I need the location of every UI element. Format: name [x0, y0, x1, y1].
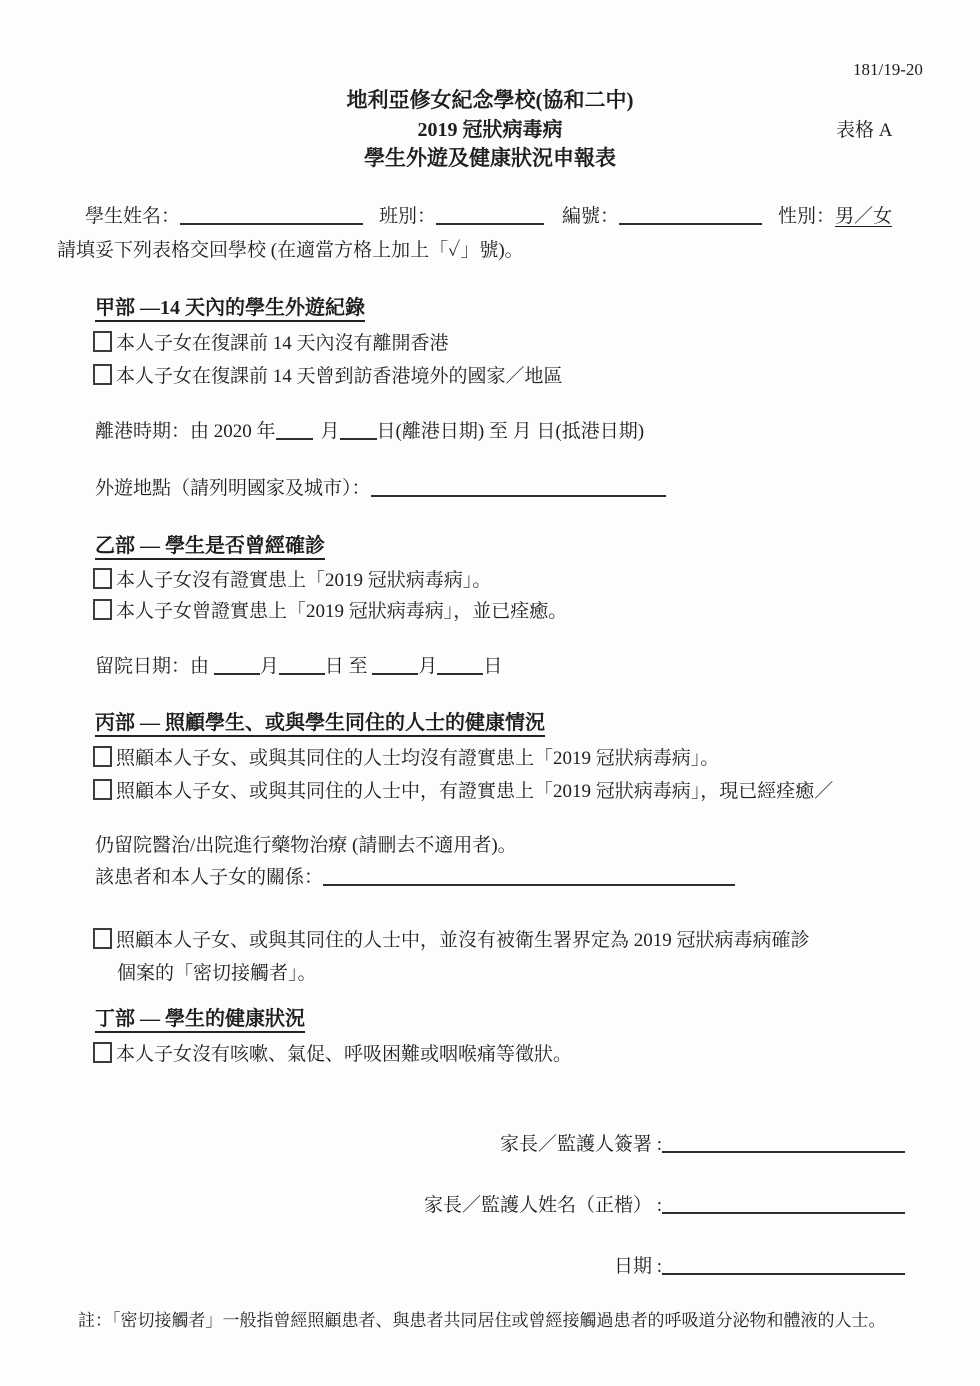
option-c1-label: 照顧本人子女、或與其同住的人士均沒有證實患上「2019 冠狀病毒病」。	[116, 748, 719, 769]
destination-label: 外遊地點（請列明國家及城市）：	[95, 478, 371, 499]
option-c1-row: 照顧本人子女、或與其同住的人士均沒有證實患上「2019 冠狀病毒病」。	[93, 746, 719, 771]
student-class-blank[interactable]	[436, 206, 544, 225]
student-gender-label: 性別：	[778, 206, 835, 227]
student-number-blank[interactable]	[619, 206, 762, 225]
form-page: 181/19-20 地利亞修女紀念學校(協和二中) 2019 冠狀病毒病 表格 …	[0, 0, 980, 1386]
option-c3-row: 照顧本人子女、或與其同住的人士中，並沒有被衛生署界定為 2019 冠狀病毒病確診…	[93, 924, 810, 990]
guardian-name-row: 家長／監護人姓名（正楷） :	[424, 1194, 905, 1218]
option-c3-line1: 照顧本人子女、或與其同住的人士中，並沒有被衛生署界定為 2019 冠狀病毒病確診	[93, 924, 810, 957]
departure-day-blank[interactable]	[340, 421, 377, 440]
form-title-virus: 2019 冠狀病毒病	[0, 118, 980, 142]
date-row: 日期 :	[614, 1255, 905, 1279]
departure-prefix: 離港時期：由 2020 年	[95, 421, 276, 442]
option-a1-label: 本人子女在復課前 14 天內沒有離開香港	[116, 333, 449, 354]
option-c2-row: 照顧本人子女、或與其同住的人士中，有證實患上「2019 冠狀病毒病」，現已經痊癒…	[93, 779, 833, 804]
guardian-name-blank[interactable]	[662, 1195, 905, 1214]
destination-blank[interactable]	[371, 478, 666, 497]
section-b-heading-text: 乙部 — 學生是否曾經確診	[95, 535, 325, 560]
option-a2-label: 本人子女在復課前 14 天曾到訪香港境外的國家／地區	[116, 366, 563, 387]
guardian-name-label: 家長／監護人姓名（正楷） :	[424, 1195, 662, 1216]
date-blank[interactable]	[662, 1256, 905, 1275]
option-c2-label: 照顧本人子女、或與其同住的人士中，有證實患上「2019 冠狀病毒病」，現已經痊癒…	[116, 781, 833, 802]
checkbox-no-symptoms[interactable]	[93, 1042, 112, 1063]
footnote-text: 註：「密切接觸者」一般指曾經照顧患者、與患者共同居住或曾經接觸過患者的呼吸道分泌…	[78, 1309, 886, 1333]
option-b2-label: 本人子女曾證實患上「2019 冠狀病毒病」，並已痊癒。	[116, 601, 567, 622]
option-a2-row: 本人子女在復課前 14 天曾到訪香港境外的國家／地區	[93, 364, 563, 389]
hospital-day2-label: 日	[483, 656, 502, 677]
relation-blank[interactable]	[323, 867, 735, 886]
section-c-heading-text: 丙部 — 照顧學生、或與學生同住的人士的健康情況	[95, 712, 545, 737]
option-c3-line2: 個案的「密切接觸者」。	[93, 957, 810, 990]
section-c-heading: 丙部 — 照顧學生、或與學生同住的人士的健康情況	[95, 711, 545, 736]
relation-row: 該患者和本人子女的關係：	[95, 866, 735, 890]
section-d-heading: 丁部 — 學生的健康狀況	[95, 1007, 305, 1032]
option-b1-label: 本人子女沒有證實患上「2019 冠狀病毒病」。	[116, 570, 491, 591]
instruction-text: 請填妥下列表格交回學校 (在適當方格上加上「✓」號)。	[57, 239, 524, 263]
section-a-heading-text: 甲部 —14 天內的學生外遊紀錄	[95, 297, 365, 322]
checkbox-no-departure[interactable]	[93, 331, 112, 352]
relation-label: 該患者和本人子女的關係：	[95, 867, 323, 888]
option-d1-row: 本人子女沒有咳嗽、氣促、呼吸困難或咽喉痛等徵狀。	[93, 1042, 572, 1067]
student-number-label: 編號：	[562, 206, 619, 227]
hospital-to-day-blank[interactable]	[437, 656, 483, 675]
section-d-heading-text: 丁部 — 學生的健康狀況	[95, 1008, 305, 1033]
hospital-period-row: 留院日期：由 月日 至 月日	[95, 655, 502, 679]
option-c3-label-line1: 照顧本人子女、或與其同住的人士中，並沒有被衛生署界定為 2019 冠狀病毒病確診	[116, 930, 810, 951]
date-label: 日期 :	[614, 1256, 662, 1277]
student-name-label: 學生姓名：	[85, 206, 180, 227]
option-c2-continuation: 仍留院醫治/出院進行藥物治療 (請刪去不適用者)。	[95, 834, 517, 858]
departure-suffix: 日(離港日期) 至 月 日(抵港日期)	[377, 421, 645, 442]
checkbox-not-confirmed[interactable]	[93, 568, 112, 589]
checkbox-not-close-contact[interactable]	[93, 928, 112, 949]
hospital-prefix: 留院日期：由	[95, 656, 209, 677]
student-gender-options[interactable]: 男／女	[835, 206, 892, 227]
departure-month-label: 月	[321, 421, 340, 442]
checkbox-carer-confirmed[interactable]	[93, 779, 112, 800]
form-label: 表格 A	[836, 119, 892, 143]
checkbox-travelled-abroad[interactable]	[93, 364, 112, 385]
hospital-from-month-blank[interactable]	[214, 656, 260, 675]
section-b-heading: 乙部 — 學生是否曾經確診	[95, 534, 325, 559]
option-b2-row: 本人子女曾證實患上「2019 冠狀病毒病」，並已痊癒。	[93, 599, 567, 624]
hospital-month2-label: 月	[418, 656, 437, 677]
section-a-heading: 甲部 —14 天內的學生外遊紀錄	[95, 296, 365, 321]
hospital-month1-label: 月	[260, 656, 279, 677]
form-title-main: 學生外遊及健康狀況申報表	[0, 146, 980, 170]
hospital-to-month-blank[interactable]	[372, 656, 418, 675]
option-b1-row: 本人子女沒有證實患上「2019 冠狀病毒病」。	[93, 568, 491, 593]
student-class-label: 班別：	[379, 206, 436, 227]
signature-label: 家長／監護人簽署 :	[500, 1134, 662, 1155]
checkbox-confirmed-recovered[interactable]	[93, 599, 112, 620]
destination-row: 外遊地點（請列明國家及城市）：	[95, 477, 666, 501]
student-name-blank[interactable]	[180, 206, 363, 225]
checkbox-carer-not-confirmed[interactable]	[93, 746, 112, 767]
ref-number: 181/19-20	[853, 58, 923, 82]
hospital-from-day-blank[interactable]	[279, 656, 325, 675]
option-a1-row: 本人子女在復課前 14 天內沒有離開香港	[93, 331, 449, 356]
signature-row: 家長／監護人簽署 :	[500, 1133, 905, 1157]
school-title: 地利亞修女紀念學校(協和二中)	[0, 88, 980, 112]
student-info-row: 學生姓名：班別：編號：性別：男／女	[85, 205, 892, 229]
hospital-mid-label: 日 至	[325, 656, 368, 677]
departure-period-row: 離港時期：由 2020 年月日(離港日期) 至 月 日(抵港日期)	[95, 420, 644, 444]
signature-blank[interactable]	[662, 1134, 905, 1153]
option-d1-label: 本人子女沒有咳嗽、氣促、呼吸困難或咽喉痛等徵狀。	[116, 1044, 572, 1065]
departure-month-blank[interactable]	[276, 421, 313, 440]
